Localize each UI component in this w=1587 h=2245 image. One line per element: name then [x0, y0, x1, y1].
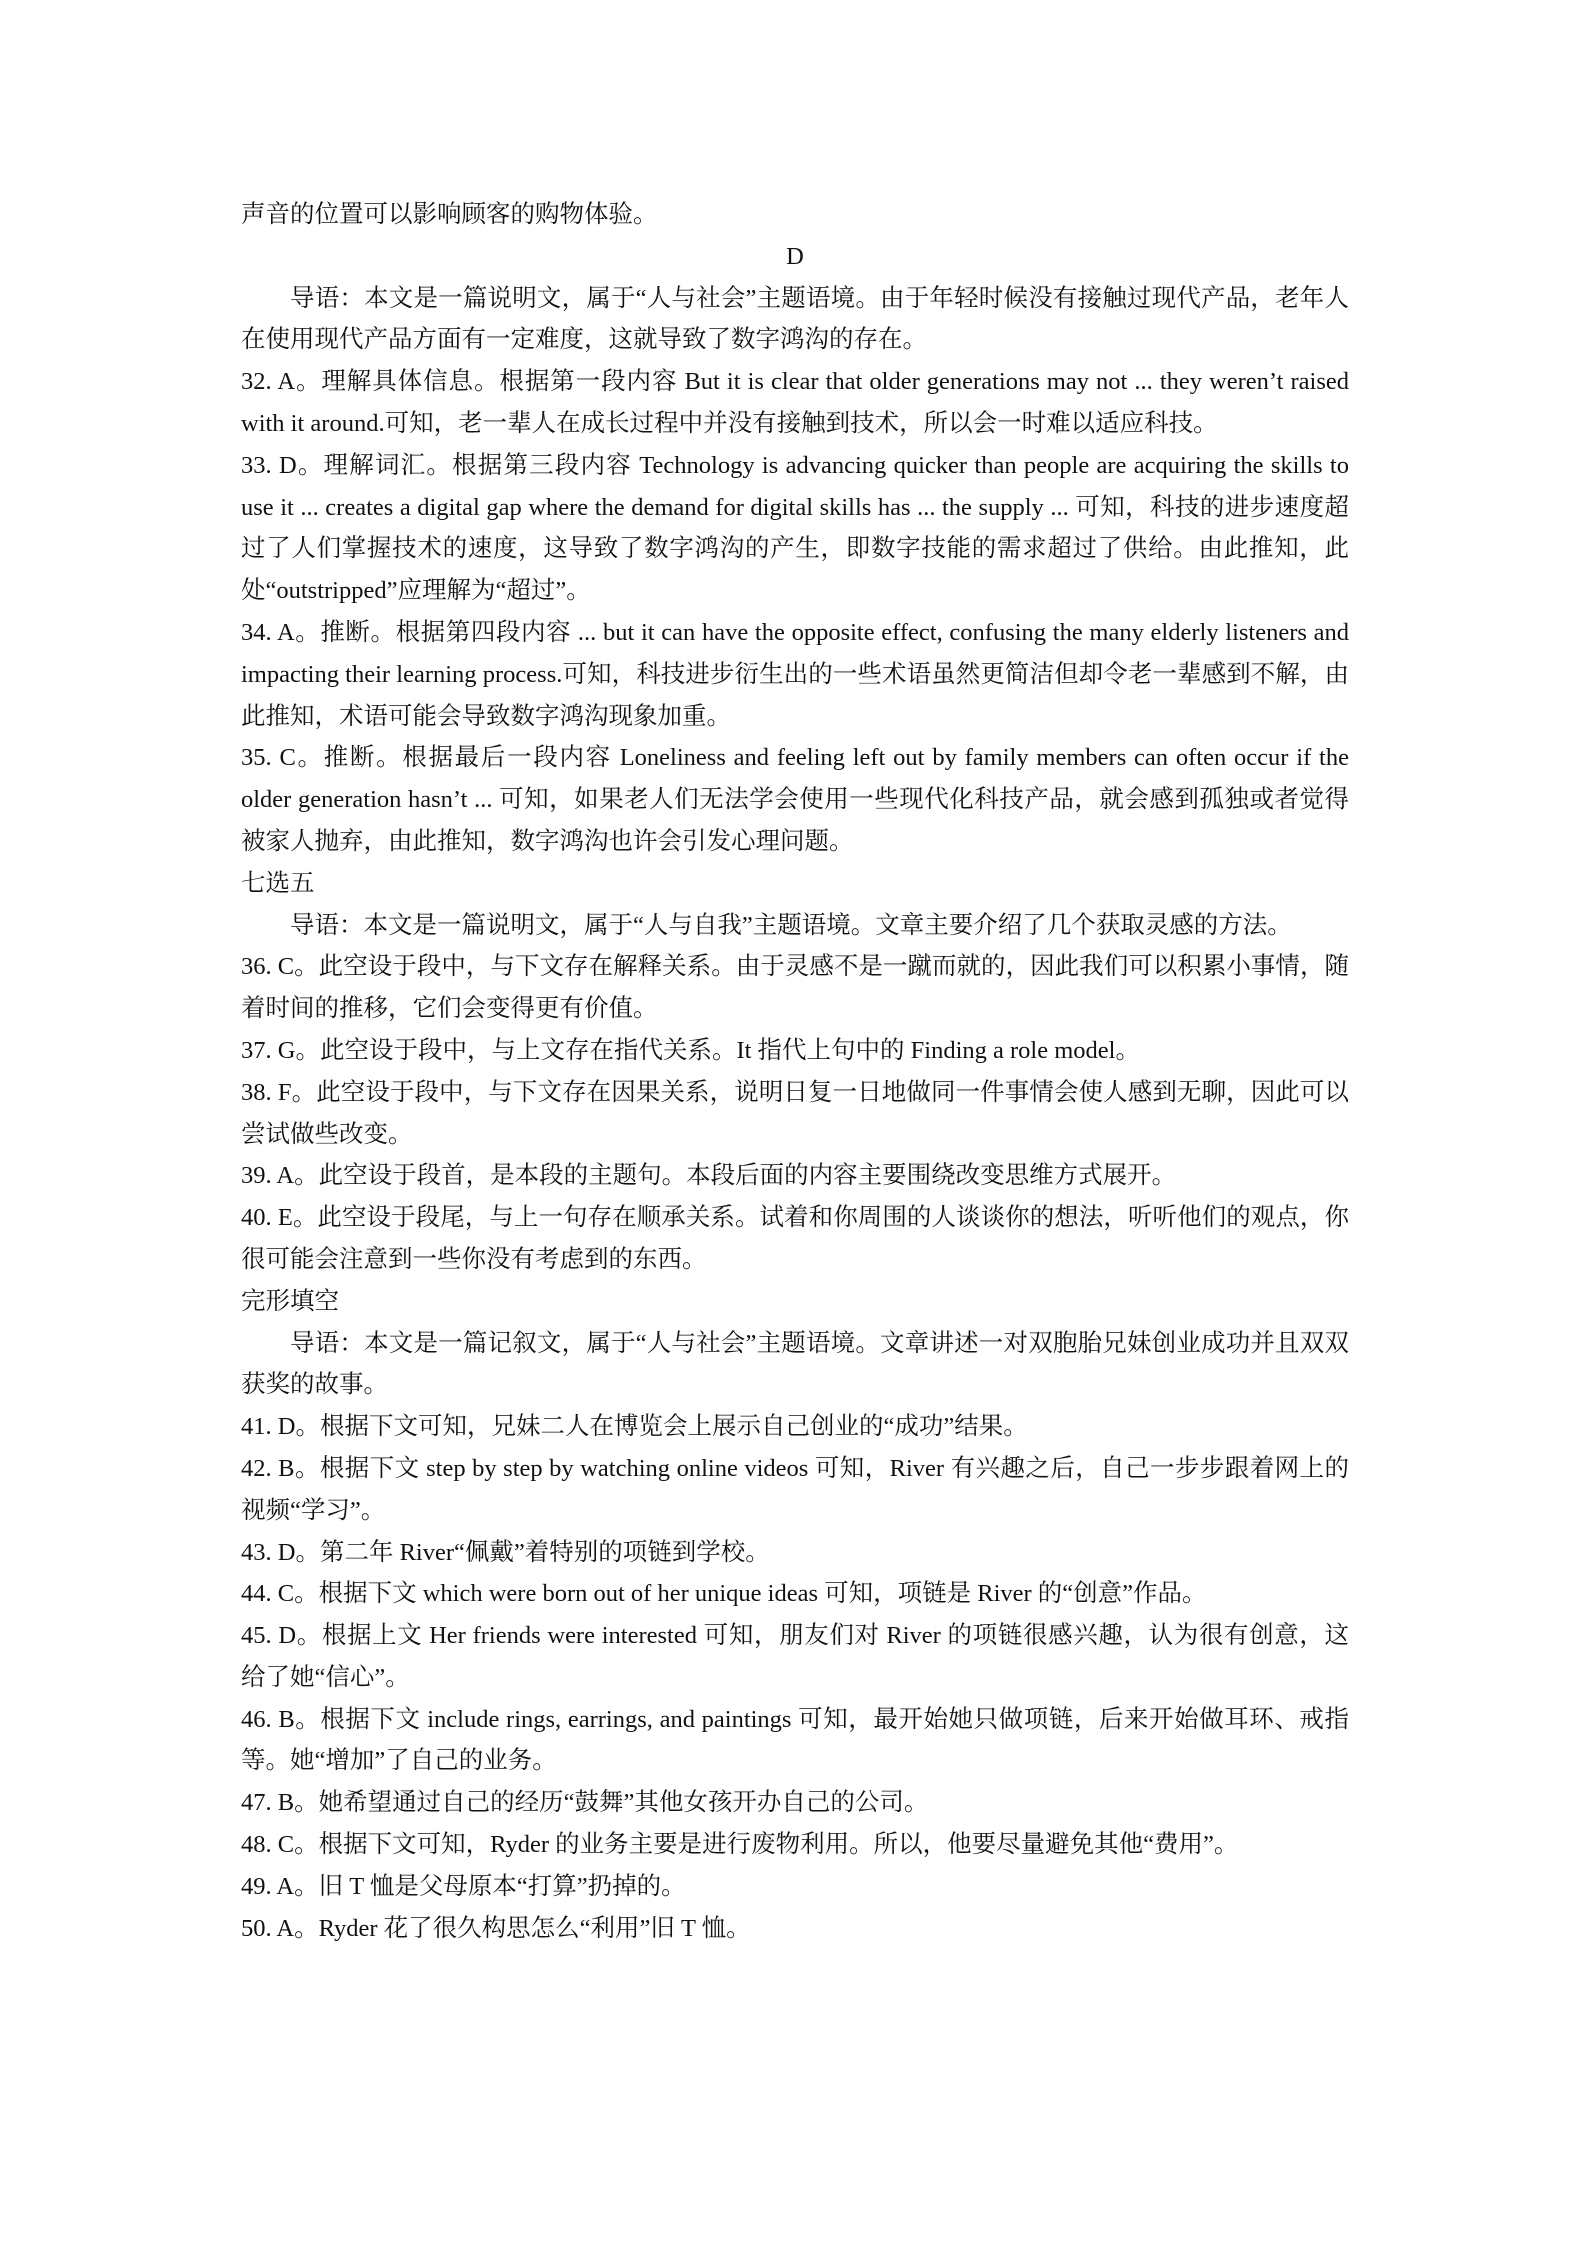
answer-43: 43. D。第二年 River“佩戴”着特别的项链到学校。 [241, 1532, 1349, 1574]
answer-47: 47. B。她希望通过自己的经历“鼓舞”其他女孩开办自己的公司。 [241, 1782, 1349, 1824]
answer-33: 33. D。理解词汇。根据第三段内容 Technology is advanci… [241, 445, 1349, 612]
answer-48: 48. C。根据下文可知，Ryder 的业务主要是进行废物利用。所以，他要尽量避… [241, 1824, 1349, 1866]
answer-42: 42. B。根据下文 step by step by watching onli… [241, 1448, 1349, 1532]
section-cloze-intro: 导语：本文是一篇记叙文，属于“人与社会”主题语境。文章讲述一对双胞胎兄妹创业成功… [241, 1323, 1349, 1407]
carryover-paragraph: 声音的位置可以影响顾客的购物体验。 [241, 194, 1349, 236]
section-d-label: D [241, 236, 1349, 278]
answer-44: 44. C。根据下文 which were born out of her un… [241, 1573, 1349, 1615]
answer-50: 50. A。Ryder 花了很久构思怎么“利用”旧 T 恤。 [241, 1908, 1349, 1950]
section-seven-five-heading: 七选五 [241, 863, 1349, 905]
answer-key-page: 声音的位置可以影响顾客的购物体验。 D 导语：本文是一篇说明文，属于“人与社会”… [241, 194, 1349, 1949]
section-d-intro: 导语：本文是一篇说明文，属于“人与社会”主题语境。由于年轻时候没有接触过现代产品… [241, 278, 1349, 362]
answer-32: 32. A。理解具体信息。根据第一段内容 But it is clear tha… [241, 361, 1349, 445]
answer-40: 40. E。此空设于段尾，与上一句存在顺承关系。试着和你周围的人谈谈你的想法，听… [241, 1197, 1349, 1281]
answer-46: 46. B。根据下文 include rings, earrings, and … [241, 1699, 1349, 1783]
answer-41: 41. D。根据下文可知，兄妹二人在博览会上展示自己创业的“成功”结果。 [241, 1406, 1349, 1448]
answer-49: 49. A。旧 T 恤是父母原本“打算”扔掉的。 [241, 1866, 1349, 1908]
answer-35: 35. C。推断。根据最后一段内容 Loneliness and feeling… [241, 737, 1349, 862]
answer-45: 45. D。根据上文 Her friends were interested 可… [241, 1615, 1349, 1699]
section-seven-five-intro: 导语：本文是一篇说明文，属于“人与自我”主题语境。文章主要介绍了几个获取灵感的方… [241, 905, 1349, 947]
answer-36: 36. C。此空设于段中，与下文存在解释关系。由于灵感不是一蹴而就的，因此我们可… [241, 946, 1349, 1030]
answer-39: 39. A。此空设于段首，是本段的主题句。本段后面的内容主要围绕改变思维方式展开… [241, 1155, 1349, 1197]
answer-38: 38. F。此空设于段中，与下文存在因果关系，说明日复一日地做同一件事情会使人感… [241, 1072, 1349, 1156]
section-cloze-heading: 完形填空 [241, 1281, 1349, 1323]
answer-37: 37. G。此空设于段中，与上文存在指代关系。It 指代上句中的 Finding… [241, 1030, 1349, 1072]
answer-34: 34. A。推断。根据第四段内容 ... but it can have the… [241, 612, 1349, 737]
